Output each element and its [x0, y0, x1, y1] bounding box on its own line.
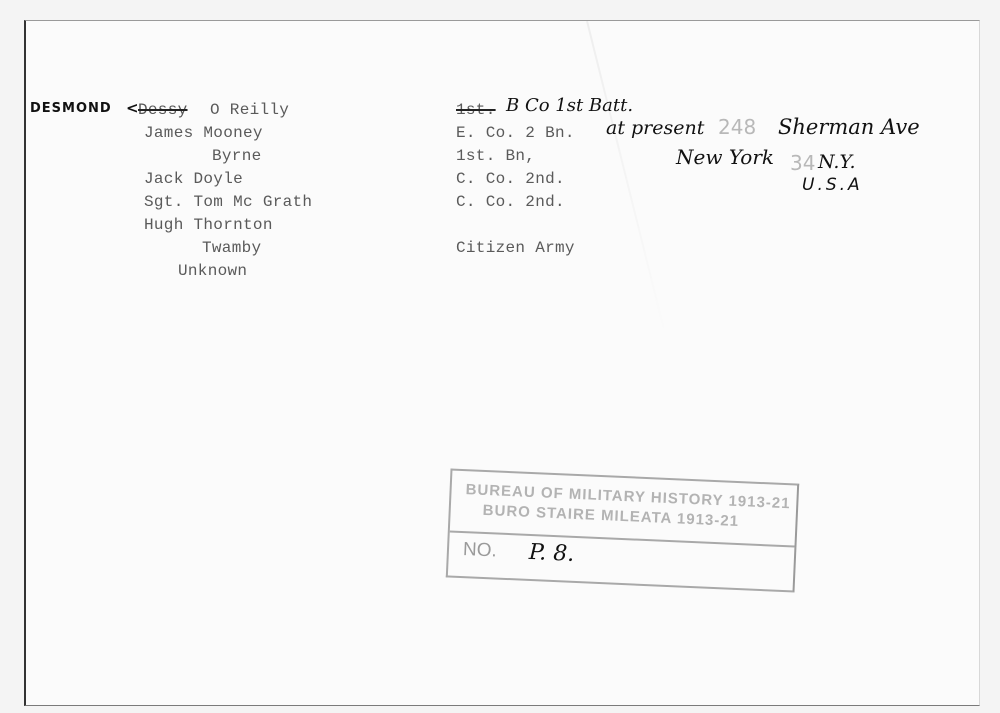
handwritten-at-present: at present [606, 117, 704, 139]
stamp-number-label: NO. [463, 539, 498, 562]
stamp-divider [450, 530, 795, 547]
faded-zip: 34 [790, 151, 815, 175]
faded-house-number: 248 [718, 115, 756, 139]
handwritten-desmond: DESMOND [30, 101, 112, 116]
name-twamby: Twamby [202, 237, 261, 260]
unit-c-co-2nd-a: C. Co. 2nd. [456, 168, 565, 191]
name-tom-mcgrath: Sgt. Tom Mc Grath [144, 191, 312, 214]
handwritten-city: New York [676, 145, 774, 169]
handwritten-street: Sherman Ave [778, 115, 920, 139]
struck-unit-1st: 1st. [456, 99, 496, 122]
handwritten-unit-bco-1st-batt: B Co 1st Batt. [506, 95, 633, 116]
index-card: DESMOND < Dessy O Reilly James Mooney By… [24, 20, 980, 706]
handwritten-state: N.Y. [818, 151, 856, 173]
name-oreilly: O Reilly [210, 99, 289, 122]
archive-stamp: BUREAU OF MILITARY HISTORY 1913-21 BURO … [446, 468, 799, 592]
name-hugh-thornton: Hugh Thornton [144, 214, 273, 237]
unit-e-co-2-bn: E. Co. 2 Bn. [456, 122, 575, 145]
unit-1st-bn: 1st. Bn, [456, 145, 535, 168]
name-james-mooney: James Mooney [144, 122, 263, 145]
stamp-number-value: P. 8. [528, 540, 574, 567]
unit-citizen-army: Citizen Army [456, 237, 575, 260]
arrow-mark: < [126, 99, 139, 117]
name-unknown: Unknown [178, 260, 247, 283]
handwritten-country: U.S.A [802, 175, 863, 195]
name-jack-doyle: Jack Doyle [144, 168, 243, 191]
struck-name-dessy: Dessy [138, 99, 188, 122]
name-byrne: Byrne [212, 145, 262, 168]
unit-c-co-2nd-b: C. Co. 2nd. [456, 191, 565, 214]
